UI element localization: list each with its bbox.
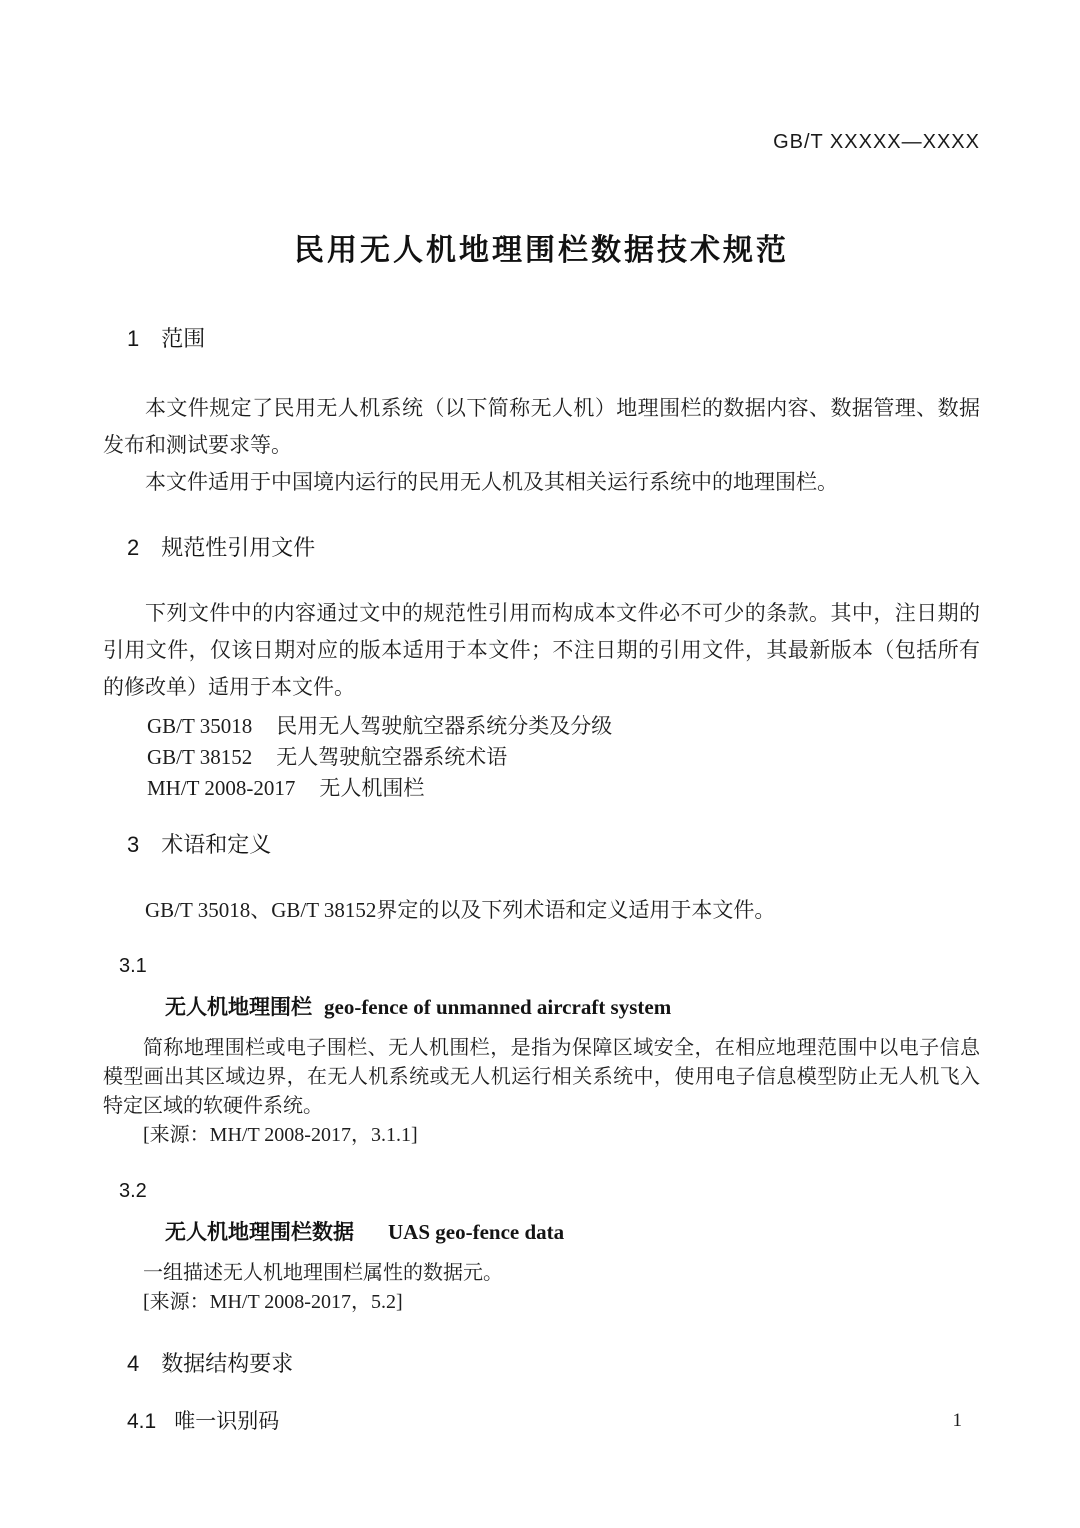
section-2-title: 规范性引用文件: [161, 535, 315, 560]
term-3-2: 无人机地理围栏数据UAS geo-fence data: [103, 1220, 980, 1245]
section-1-number: 1: [127, 326, 139, 351]
reference-code: GB/T 38152: [147, 745, 252, 769]
section-4-title: 数据结构要求: [161, 1351, 293, 1376]
clause-3-1-number: 3.1: [103, 955, 980, 978]
section-3-heading: 3术语和定义: [103, 832, 980, 858]
section-3-number: 3: [127, 832, 139, 857]
section-4-1-title: 唯一识别码: [174, 1410, 279, 1433]
term-3-2-definition: 一组描述无人机地理围栏属性的数据元。: [103, 1259, 980, 1288]
section-2-heading: 2规范性引用文件: [103, 535, 980, 561]
scope-paragraph-1: 本文件规定了民用无人机系统（以下简称无人机）地理围栏的数据内容、数据管理、数据发…: [103, 390, 980, 464]
reference-item: MH/T 2008-2017无人机围栏: [103, 773, 980, 804]
section-4-1-number: 4.1: [127, 1410, 156, 1433]
reference-title: 无人机围栏: [319, 776, 424, 800]
scope-paragraph-2: 本文件适用于中国境内运行的民用无人机及其相关运行系统中的地理围栏。: [103, 464, 980, 501]
document-title: 民用无人机地理围栏数据技术规范: [103, 234, 980, 268]
term-3-1-chinese: 无人机地理围栏: [165, 996, 312, 1019]
section-4-number: 4: [127, 1351, 139, 1376]
section-4-1-heading: 4.1唯一识别码: [103, 1409, 980, 1434]
normative-reference-list: GB/T 35018民用无人驾驶航空器系统分类及分级 GB/T 38152无人驾…: [103, 711, 980, 804]
section-3-title: 术语和定义: [161, 832, 271, 857]
term-3-2-english: UAS geo-fence data: [388, 1220, 564, 1244]
reference-title: 无人驾驶航空器系统术语: [276, 745, 507, 769]
page-number: 1: [953, 1410, 963, 1432]
reference-code: MH/T 2008-2017: [147, 776, 295, 800]
standard-code-header: GB/T XXXXX—XXXX: [103, 0, 980, 154]
term-3-2-source: [来源：MH/T 2008-2017，5.2]: [103, 1288, 980, 1317]
terms-intro: GB/T 35018、GB/T 38152界定的以及下列术语和定义适用于本文件。: [103, 892, 980, 929]
term-3-2-chinese: 无人机地理围栏数据: [165, 1221, 354, 1244]
reference-code: GB/T 35018: [147, 714, 252, 738]
term-3-1-english: geo-fence of unmanned aircraft system: [324, 995, 671, 1019]
reference-title: 民用无人驾驶航空器系统分类及分级: [276, 714, 612, 738]
clause-3-2-number: 3.2: [103, 1180, 980, 1203]
term-3-1: 无人机地理围栏geo-fence of unmanned aircraft sy…: [103, 995, 980, 1020]
section-4-heading: 4数据结构要求: [103, 1351, 980, 1377]
section-1-title: 范围: [161, 326, 205, 351]
reference-item: GB/T 38152无人驾驶航空器系统术语: [103, 742, 980, 773]
reference-item: GB/T 35018民用无人驾驶航空器系统分类及分级: [103, 711, 980, 742]
term-3-1-definition: 简称地理围栏或电子围栏、无人机围栏，是指为保障区域安全，在相应地理范围中以电子信…: [103, 1034, 980, 1121]
normative-references-intro: 下列文件中的内容通过文中的规范性引用而构成本文件必不可少的条款。其中，注日期的引…: [103, 595, 980, 706]
term-3-1-source: [来源：MH/T 2008-2017，3.1.1]: [103, 1121, 980, 1150]
section-1-heading: 1范围: [103, 326, 980, 352]
document-page: GB/T XXXXX—XXXX 民用无人机地理围栏数据技术规范 1范围 本文件规…: [0, 0, 1080, 1528]
section-2-number: 2: [127, 535, 139, 560]
